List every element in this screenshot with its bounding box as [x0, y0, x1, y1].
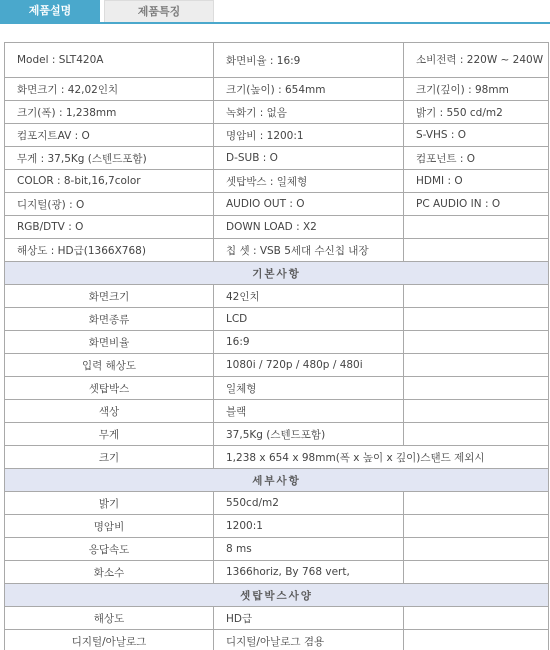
table-row: 무게 : 37,5Kg (스텐드포함) D-SUB : O 컴포넌트 : O: [5, 147, 549, 170]
spec-cell: 컴포지트AV : O: [5, 124, 214, 147]
spec-label: 화면종류: [5, 308, 214, 331]
spec-value: 일체형: [214, 377, 404, 400]
empty-cell: [404, 630, 549, 650]
table-row: 디지털(광) : O AUDIO OUT : O PC AUDIO IN : O: [5, 193, 549, 216]
spec-cell: 컴포넌트 : O: [404, 147, 549, 170]
spec-cell: 크기(폭) : 1,238mm: [5, 101, 214, 124]
spec-cell: AUDIO OUT : O: [214, 193, 404, 216]
table-row: COLOR : 8-bit,16,7color 셋탑박스 : 일체형 HDMI …: [5, 170, 549, 193]
spec-cell: 명암비 : 1200:1: [214, 124, 404, 147]
spec-label: 화소수: [5, 561, 214, 584]
spec-label: 디지털/아날로그: [5, 630, 214, 650]
table-row: 무게 37,5Kg (스텐드포함): [5, 423, 549, 446]
spec-label: 밝기: [5, 492, 214, 515]
empty-cell: [404, 285, 549, 308]
spec-cell: 화면비율 : 16:9: [214, 43, 404, 78]
table-row: 화면종류 LCD: [5, 308, 549, 331]
section-header-row: 세부사항: [5, 469, 549, 492]
spec-label: 명암비: [5, 515, 214, 538]
empty-cell: [404, 607, 549, 630]
spec-cell: 크기(깊이) : 98mm: [404, 78, 549, 101]
spec-value: 1366horiz, By 768 vert,: [214, 561, 404, 584]
empty-cell: [404, 538, 549, 561]
section-title-settop: 셋탑박스사양: [5, 584, 549, 607]
spec-cell: 무게 : 37,5Kg (스텐드포함): [5, 147, 214, 170]
spec-cell: 칩 셋 : VSB 5세대 수신칩 내장: [214, 239, 404, 262]
table-row: 해상도 : HD급(1366X768) 칩 셋 : VSB 5세대 수신칩 내장: [5, 239, 549, 262]
tab-underline: [0, 22, 550, 24]
spec-cell: RGB/DTV : O: [5, 216, 214, 239]
empty-cell: [404, 354, 549, 377]
empty-cell: [404, 377, 549, 400]
table-row: 응답속도 8 ms: [5, 538, 549, 561]
spec-value: 1,238 x 654 x 98mm(폭 x 높이 x 깊이)스탠드 제외시: [214, 446, 549, 469]
empty-cell: [404, 492, 549, 515]
section-title-details: 세부사항: [5, 469, 549, 492]
table-row: 컴포지트AV : O 명암비 : 1200:1 S-VHS : O: [5, 124, 549, 147]
spec-cell: 크기(높이) : 654mm: [214, 78, 404, 101]
spec-value: 42인치: [214, 285, 404, 308]
spec-cell: 해상도 : HD급(1366X768): [5, 239, 214, 262]
table-row: 화면크기 42인치: [5, 285, 549, 308]
table-row: 화소수 1366horiz, By 768 vert,: [5, 561, 549, 584]
spec-label: 화면비율: [5, 331, 214, 354]
spec-cell: Model : SLT420A: [5, 43, 214, 78]
empty-cell: [404, 400, 549, 423]
spec-cell: [404, 216, 549, 239]
spec-cell: 소비전력 : 220W ~ 240W: [404, 43, 549, 78]
table-row: 해상도 HD급: [5, 607, 549, 630]
spec-value: 디지털/아날로그 겸용: [214, 630, 404, 650]
spec-value: 550cd/m2: [214, 492, 404, 515]
spec-cell: 밝기 : 550 cd/m2: [404, 101, 549, 124]
empty-cell: [404, 515, 549, 538]
spec-label: 해상도: [5, 607, 214, 630]
spec-label: 화면크기: [5, 285, 214, 308]
section-title-basic: 기본사항: [5, 262, 549, 285]
table-row: 화면크기 : 42,02인치 크기(높이) : 654mm 크기(깊이) : 9…: [5, 78, 549, 101]
table-row: 크기(폭) : 1,238mm 녹화기 : 없음 밝기 : 550 cd/m2: [5, 101, 549, 124]
spec-value: 8 ms: [214, 538, 404, 561]
spec-value: 1080i / 720p / 480p / 480i: [214, 354, 404, 377]
spec-value: 37,5Kg (스텐드포함): [214, 423, 404, 446]
table-row: 화면비율 16:9: [5, 331, 549, 354]
spec-label: 무게: [5, 423, 214, 446]
spec-cell: D-SUB : O: [214, 147, 404, 170]
spec-label: 크기: [5, 446, 214, 469]
tab-bar: 제품설명 제품특징: [0, 0, 550, 24]
spec-cell: S-VHS : O: [404, 124, 549, 147]
table-row: 디지털/아날로그 디지털/아날로그 겸용: [5, 630, 549, 650]
spec-cell: 디지털(광) : O: [5, 193, 214, 216]
spec-cell: HDMI : O: [404, 170, 549, 193]
table-row: 밝기 550cd/m2: [5, 492, 549, 515]
empty-cell: [404, 561, 549, 584]
spec-cell: 녹화기 : 없음: [214, 101, 404, 124]
section-header-row: 셋탑박스사양: [5, 584, 549, 607]
spec-cell: DOWN LOAD : X2: [214, 216, 404, 239]
spec-label: 입력 해상도: [5, 354, 214, 377]
table-row: RGB/DTV : O DOWN LOAD : X2: [5, 216, 549, 239]
table-row: 색상 블랙: [5, 400, 549, 423]
spec-cell: 화면크기 : 42,02인치: [5, 78, 214, 101]
spec-label: 색상: [5, 400, 214, 423]
spec-label: 셋탑박스: [5, 377, 214, 400]
table-row: 셋탑박스 일체형: [5, 377, 549, 400]
spec-value: 블랙: [214, 400, 404, 423]
empty-cell: [404, 331, 549, 354]
table-row: 크기 1,238 x 654 x 98mm(폭 x 높이 x 깊이)스탠드 제외…: [5, 446, 549, 469]
spec-value: LCD: [214, 308, 404, 331]
empty-cell: [404, 423, 549, 446]
table-row: 명암비 1200:1: [5, 515, 549, 538]
spec-table: Model : SLT420A 화면비율 : 16:9 소비전력 : 220W …: [4, 42, 549, 650]
empty-cell: [404, 308, 549, 331]
spec-value: HD급: [214, 607, 404, 630]
spec-cell: COLOR : 8-bit,16,7color: [5, 170, 214, 193]
section-header-row: 기본사항: [5, 262, 549, 285]
table-row: 입력 해상도 1080i / 720p / 480p / 480i: [5, 354, 549, 377]
table-row: Model : SLT420A 화면비율 : 16:9 소비전력 : 220W …: [5, 43, 549, 78]
tab-product-description[interactable]: 제품설명: [0, 0, 100, 22]
spec-cell: [404, 239, 549, 262]
spec-cell: PC AUDIO IN : O: [404, 193, 549, 216]
spec-value: 1200:1: [214, 515, 404, 538]
spec-value: 16:9: [214, 331, 404, 354]
spec-cell: 셋탑박스 : 일체형: [214, 170, 404, 193]
spec-label: 응답속도: [5, 538, 214, 561]
tab-product-features[interactable]: 제품특징: [104, 0, 214, 22]
